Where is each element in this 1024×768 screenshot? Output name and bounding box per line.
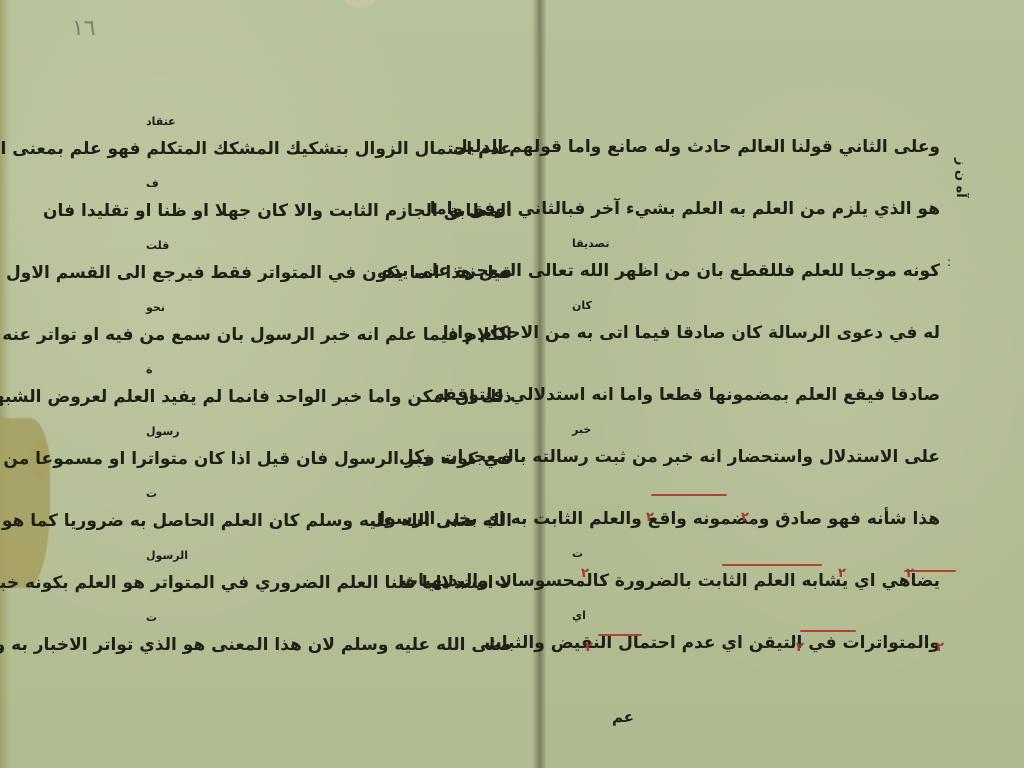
catchword: عم xyxy=(612,708,634,726)
rubric-mark: ٢ xyxy=(581,566,589,581)
rubric-mark: ٢ xyxy=(585,640,593,655)
rubric-overline xyxy=(651,494,727,496)
margin-dots: : xyxy=(947,255,951,269)
text-line: وعلى الثاني قولنا العالم حادث وله صانع و… xyxy=(578,120,940,182)
rubric-overline xyxy=(598,634,642,636)
interlinear-gloss: رسول xyxy=(146,426,180,438)
rubric-mark: ٢ xyxy=(646,510,654,525)
rubric-mark: ٢ xyxy=(741,510,749,525)
text-line: صادقا فيقع العلم بمضمونها قطعا واما انه … xyxy=(578,368,940,430)
text-line-rubricated: ايوالمتواترات في التيقن اي عدم احتمال ال… xyxy=(578,616,940,678)
interlinear-gloss: ة xyxy=(146,364,153,376)
text-line: خبرعلى الاستدلال واستحضار انه خبر من ثبت… xyxy=(578,430,940,492)
manuscript-spread: ١٦ عتقادعدم احتمال الزوال بتشكيك المشكك … xyxy=(0,0,1024,768)
interlinear-gloss: قلت xyxy=(146,240,169,252)
interlinear-gloss: اي xyxy=(572,610,586,622)
text-line: تصلى الله عليه وسلم لان هذا المعنى هو ال… xyxy=(150,618,512,680)
interlinear-gloss: نحو xyxy=(146,302,165,314)
rubric-mark: ٢ xyxy=(936,640,944,655)
margin-note: آه ن ز xyxy=(944,128,968,198)
interlinear-gloss: الرسول xyxy=(146,550,188,562)
folio-number: ١٦ xyxy=(72,16,96,41)
rubric-mark: ٢ xyxy=(796,640,804,655)
interlinear-gloss: ت xyxy=(146,612,157,624)
interlinear-gloss: ت xyxy=(146,488,157,500)
binding-mark xyxy=(345,0,375,8)
interlinear-gloss: تصديقا xyxy=(572,238,610,250)
text-line: هو الذي يلزم من العلم به العلم بشيء آخر … xyxy=(578,182,940,244)
text-line: تصديقاكونه موجبا للعلم فللقطع بان من اظه… xyxy=(578,244,940,306)
text-line-rubricated: هذا شأنه فهو صادق ومضمونه واقع والعلم ال… xyxy=(578,492,940,554)
rubric-mark: ٢ xyxy=(838,566,846,581)
text-line: كانله في دعوى الرسالة كان صادقا فيما اتى… xyxy=(578,306,940,368)
interlinear-gloss: كان xyxy=(572,300,592,312)
rubric-mark: ٢ xyxy=(906,566,914,581)
rubric-overline xyxy=(800,630,856,632)
interlinear-gloss: عتقاد xyxy=(146,116,176,128)
rubric-overline xyxy=(722,564,822,566)
interlinear-gloss: خبر xyxy=(572,424,591,436)
interlinear-gloss: ف xyxy=(146,178,159,190)
interlinear-gloss: ت xyxy=(572,548,583,560)
right-text-block: وعلى الثاني قولنا العالم حادث وله صانع و… xyxy=(578,120,940,678)
